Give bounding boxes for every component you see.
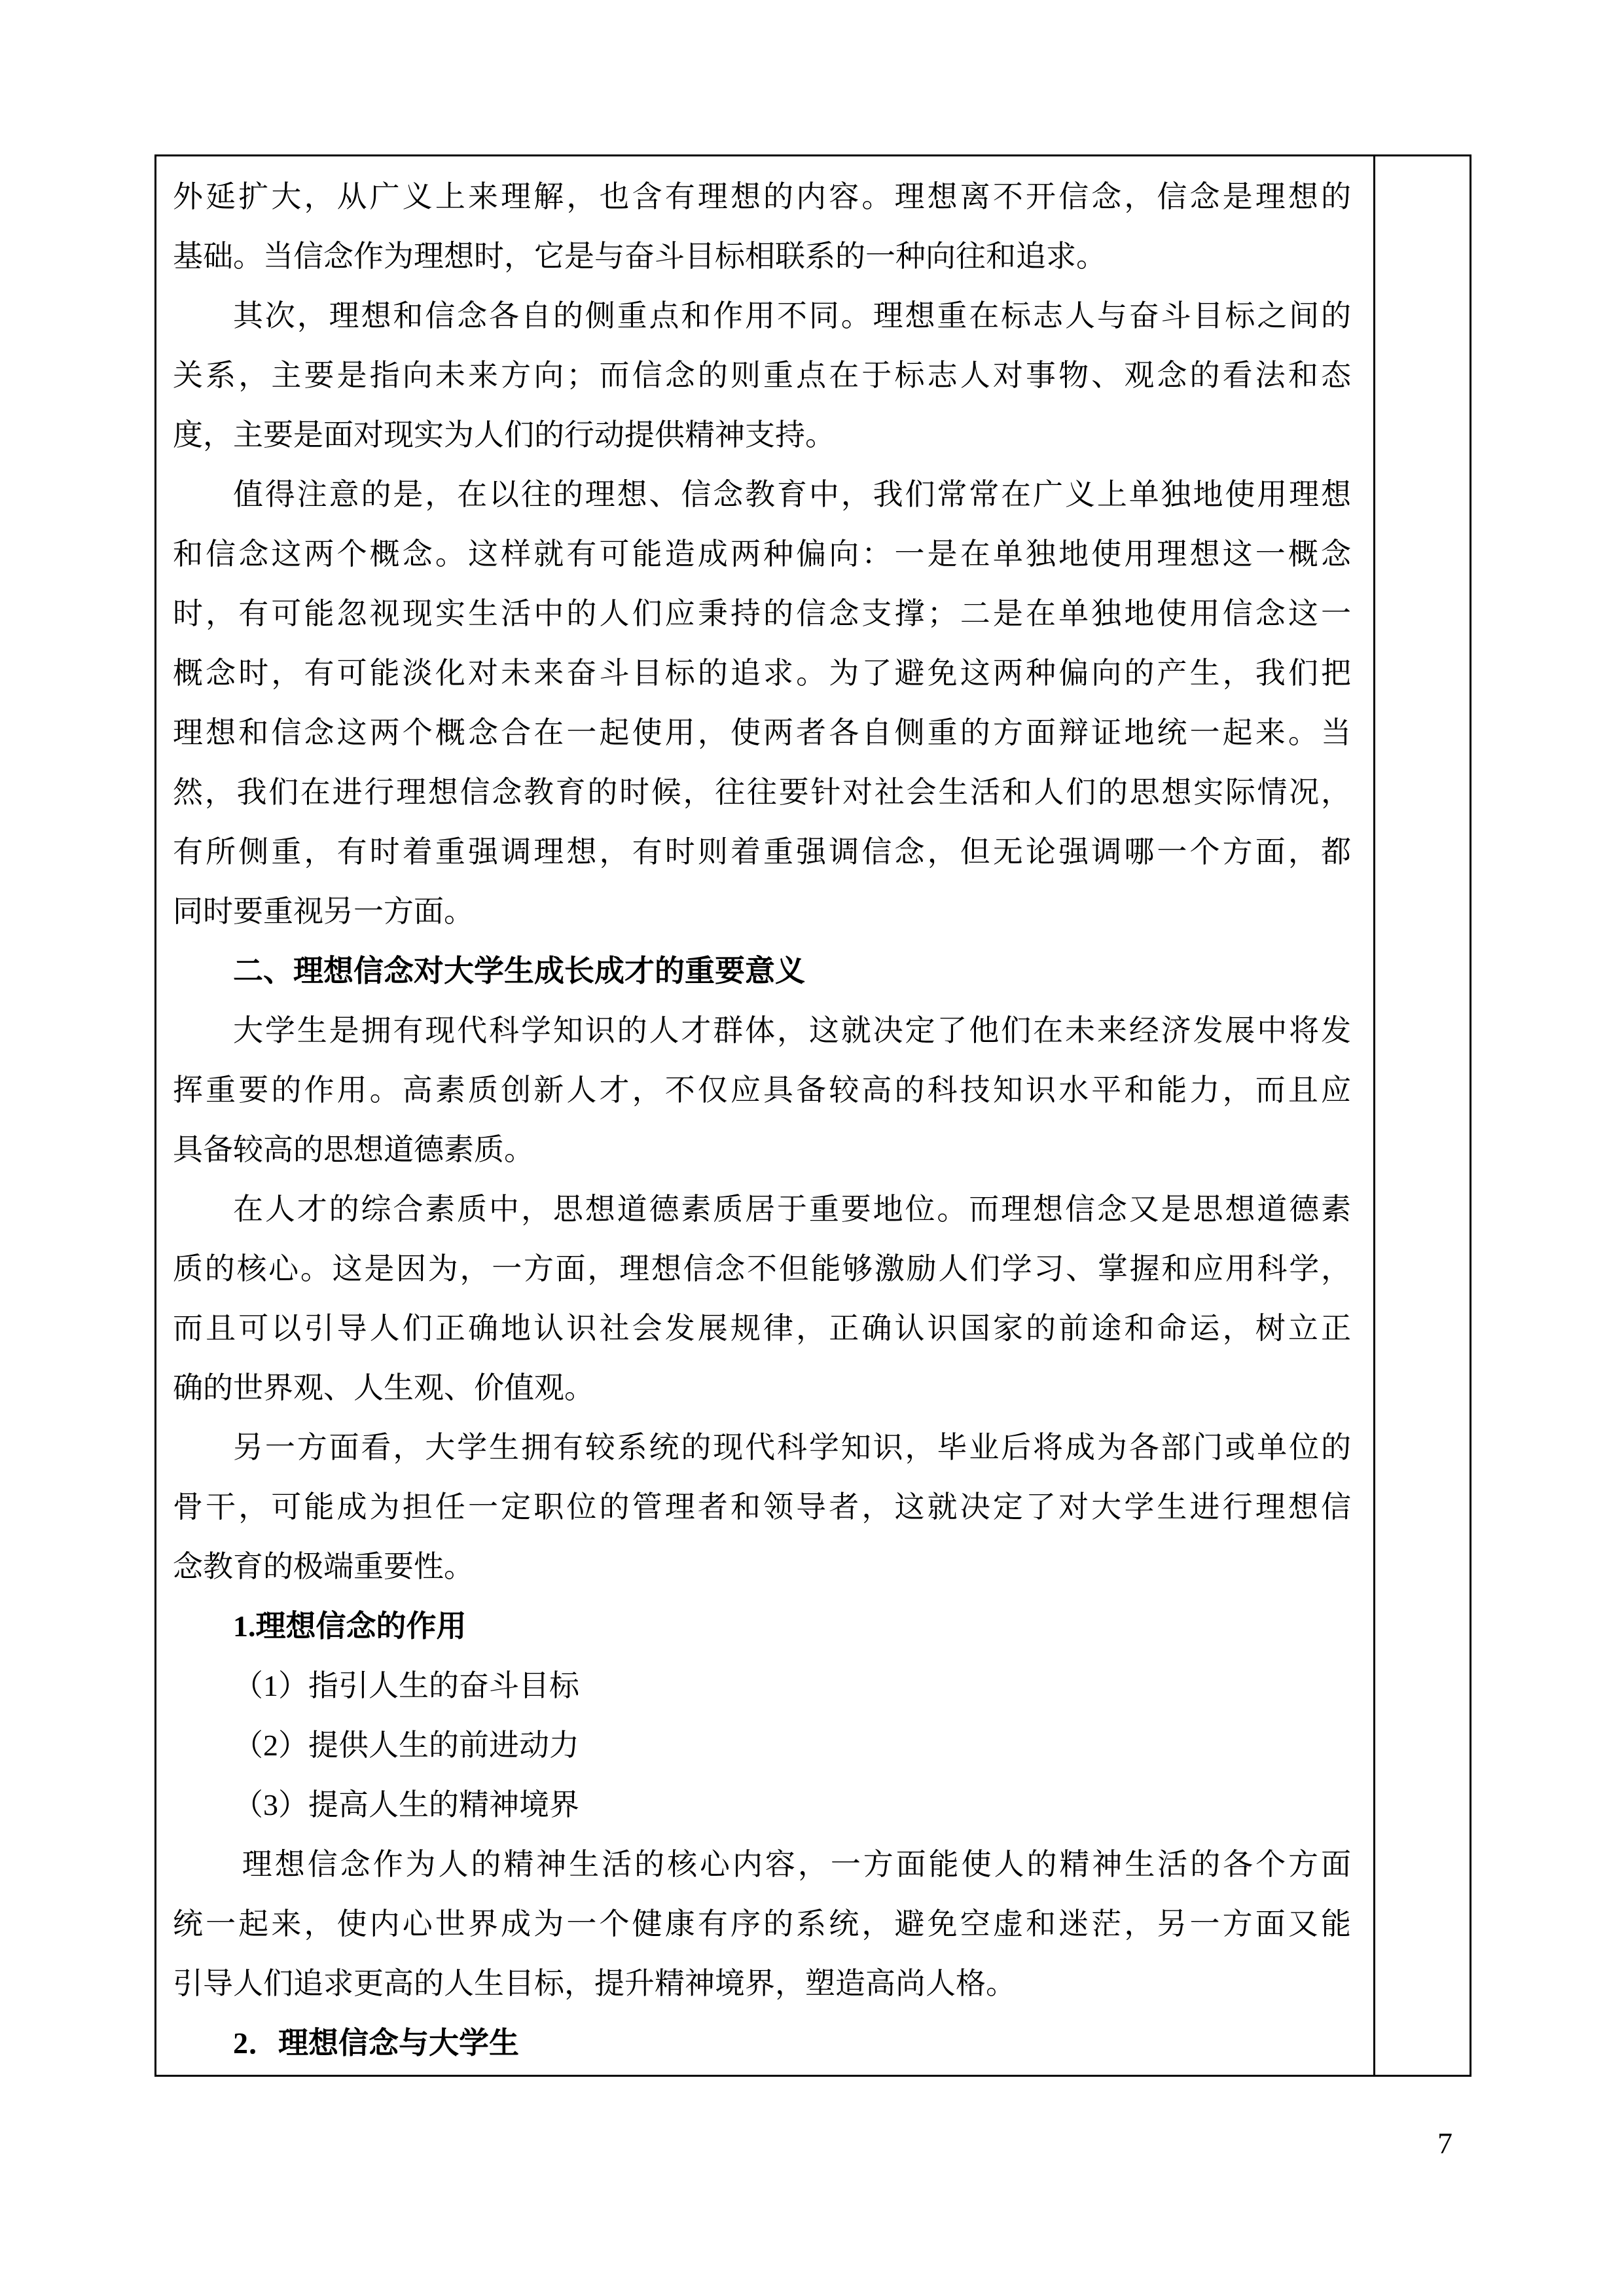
text-line: 大学生是拥有现代科学知识的人才群体，这就决定了他们在未来经济发展中将发: [173, 1001, 1351, 1060]
text-line: 挥重要的作用。高素质创新人才，不仅应具备较高的科技知识水平和能力，而且应: [173, 1060, 1351, 1120]
sub-heading: 2．理想信念与大学生: [173, 2013, 1351, 2073]
text-line: 念教育的极端重要性。: [173, 1537, 1351, 1596]
text-line: 概念时，有可能淡化对未来奋斗目标的追求。为了避免这两种偏向的产生，我们把: [173, 643, 1351, 703]
text-line: 另一方面看，大学生拥有较系统的现代科学知识，毕业后将成为各部门或单位的: [173, 1418, 1351, 1477]
list-item: （3）提高人生的精神境界: [173, 1775, 1351, 1835]
text-line: 度，主要是面对现实为人们的行动提供精神支持。: [173, 405, 1351, 465]
text-line: 然，我们在进行理想信念教育的时候，往往要针对社会生活和人们的思想实际情况，: [173, 762, 1351, 822]
text-line: 其次，理想和信念各自的侧重点和作用不同。理想重在标志人与奋斗目标之间的: [173, 286, 1351, 346]
page-number: 7: [1437, 2126, 1453, 2161]
text-line: 具备较高的思想道德素质。: [173, 1120, 1351, 1179]
sub-heading: 1.理想信念的作用: [173, 1596, 1351, 1656]
text-line: 统一起来，使内心世界成为一个健康有序的系统，避免空虚和迷茫，另一方面又能: [173, 1894, 1351, 1954]
text-line: 确的世界观、人生观、价值观。: [173, 1358, 1351, 1418]
text-line: 值得注意的是，在以往的理想、信念教育中，我们常常在广义上单独地使用理想: [173, 465, 1351, 524]
text-line: 骨干，可能成为担任一定职位的管理者和领导者，这就决定了对大学生进行理想信: [173, 1477, 1351, 1537]
list-item: （2）提供人生的前进动力: [173, 1715, 1351, 1775]
text-line: 外延扩大，从广义上来理解，也含有理想的内容。理想离不开信念，信念是理想的: [173, 167, 1351, 226]
content-cell: 外延扩大，从广义上来理解，也含有理想的内容。理想离不开信念，信念是理想的 基础。…: [156, 156, 1373, 2075]
text-line: 关系，主要是指向未来方向；而信念的则重点在于标志人对事物、观念的看法和态: [173, 346, 1351, 405]
text-line: 在人才的综合素质中，思想道德素质居于重要地位。而理想信念又是思想道德素: [173, 1179, 1351, 1239]
table-empty-column: [1373, 156, 1470, 2075]
text-line: 理想和信念这两个概念合在一起使用，使两者各自侧重的方面辩证地统一起来。当: [173, 703, 1351, 762]
text-line: 有所侧重，有时着重强调理想，有时则着重强调信念，但无论强调哪一个方面，都: [173, 822, 1351, 882]
document-page: 外延扩大，从广义上来理解，也含有理想的内容。理想离不开信念，信念是理想的 基础。…: [0, 0, 1624, 2296]
text-line: 质的核心。这是因为，一方面，理想信念不但能够激励人们学习、掌握和应用科学，: [173, 1239, 1351, 1299]
text-line: 基础。当信念作为理想时，它是与奋斗目标相联系的一种向往和追求。: [173, 226, 1351, 286]
text-line: 时，有可能忽视现实生活中的人们应秉持的信念支撑；二是在单独地使用信念这一: [173, 584, 1351, 643]
content-table: 外延扩大，从广义上来理解，也含有理想的内容。理想离不开信念，信念是理想的 基础。…: [154, 154, 1471, 2077]
text-line: 同时要重视另一方面。: [173, 882, 1351, 941]
text-line: 引导人们追求更高的人生目标，提升精神境界，塑造高尚人格。: [173, 1954, 1351, 2013]
section-heading: 二、理想信念对大学生成长成才的重要意义: [173, 941, 1351, 1001]
list-item: （1）指引人生的奋斗目标: [173, 1656, 1351, 1715]
text-line: 和信念这两个概念。这样就有可能造成两种偏向：一是在单独地使用理想这一概念: [173, 524, 1351, 584]
text-line: 而且可以引导人们正确地认识社会发展规律，正确认识国家的前途和命运，树立正: [173, 1299, 1351, 1358]
text-line: 理想信念作为人的精神生活的核心内容，一方面能使人的精神生活的各个方面: [173, 1835, 1351, 1894]
